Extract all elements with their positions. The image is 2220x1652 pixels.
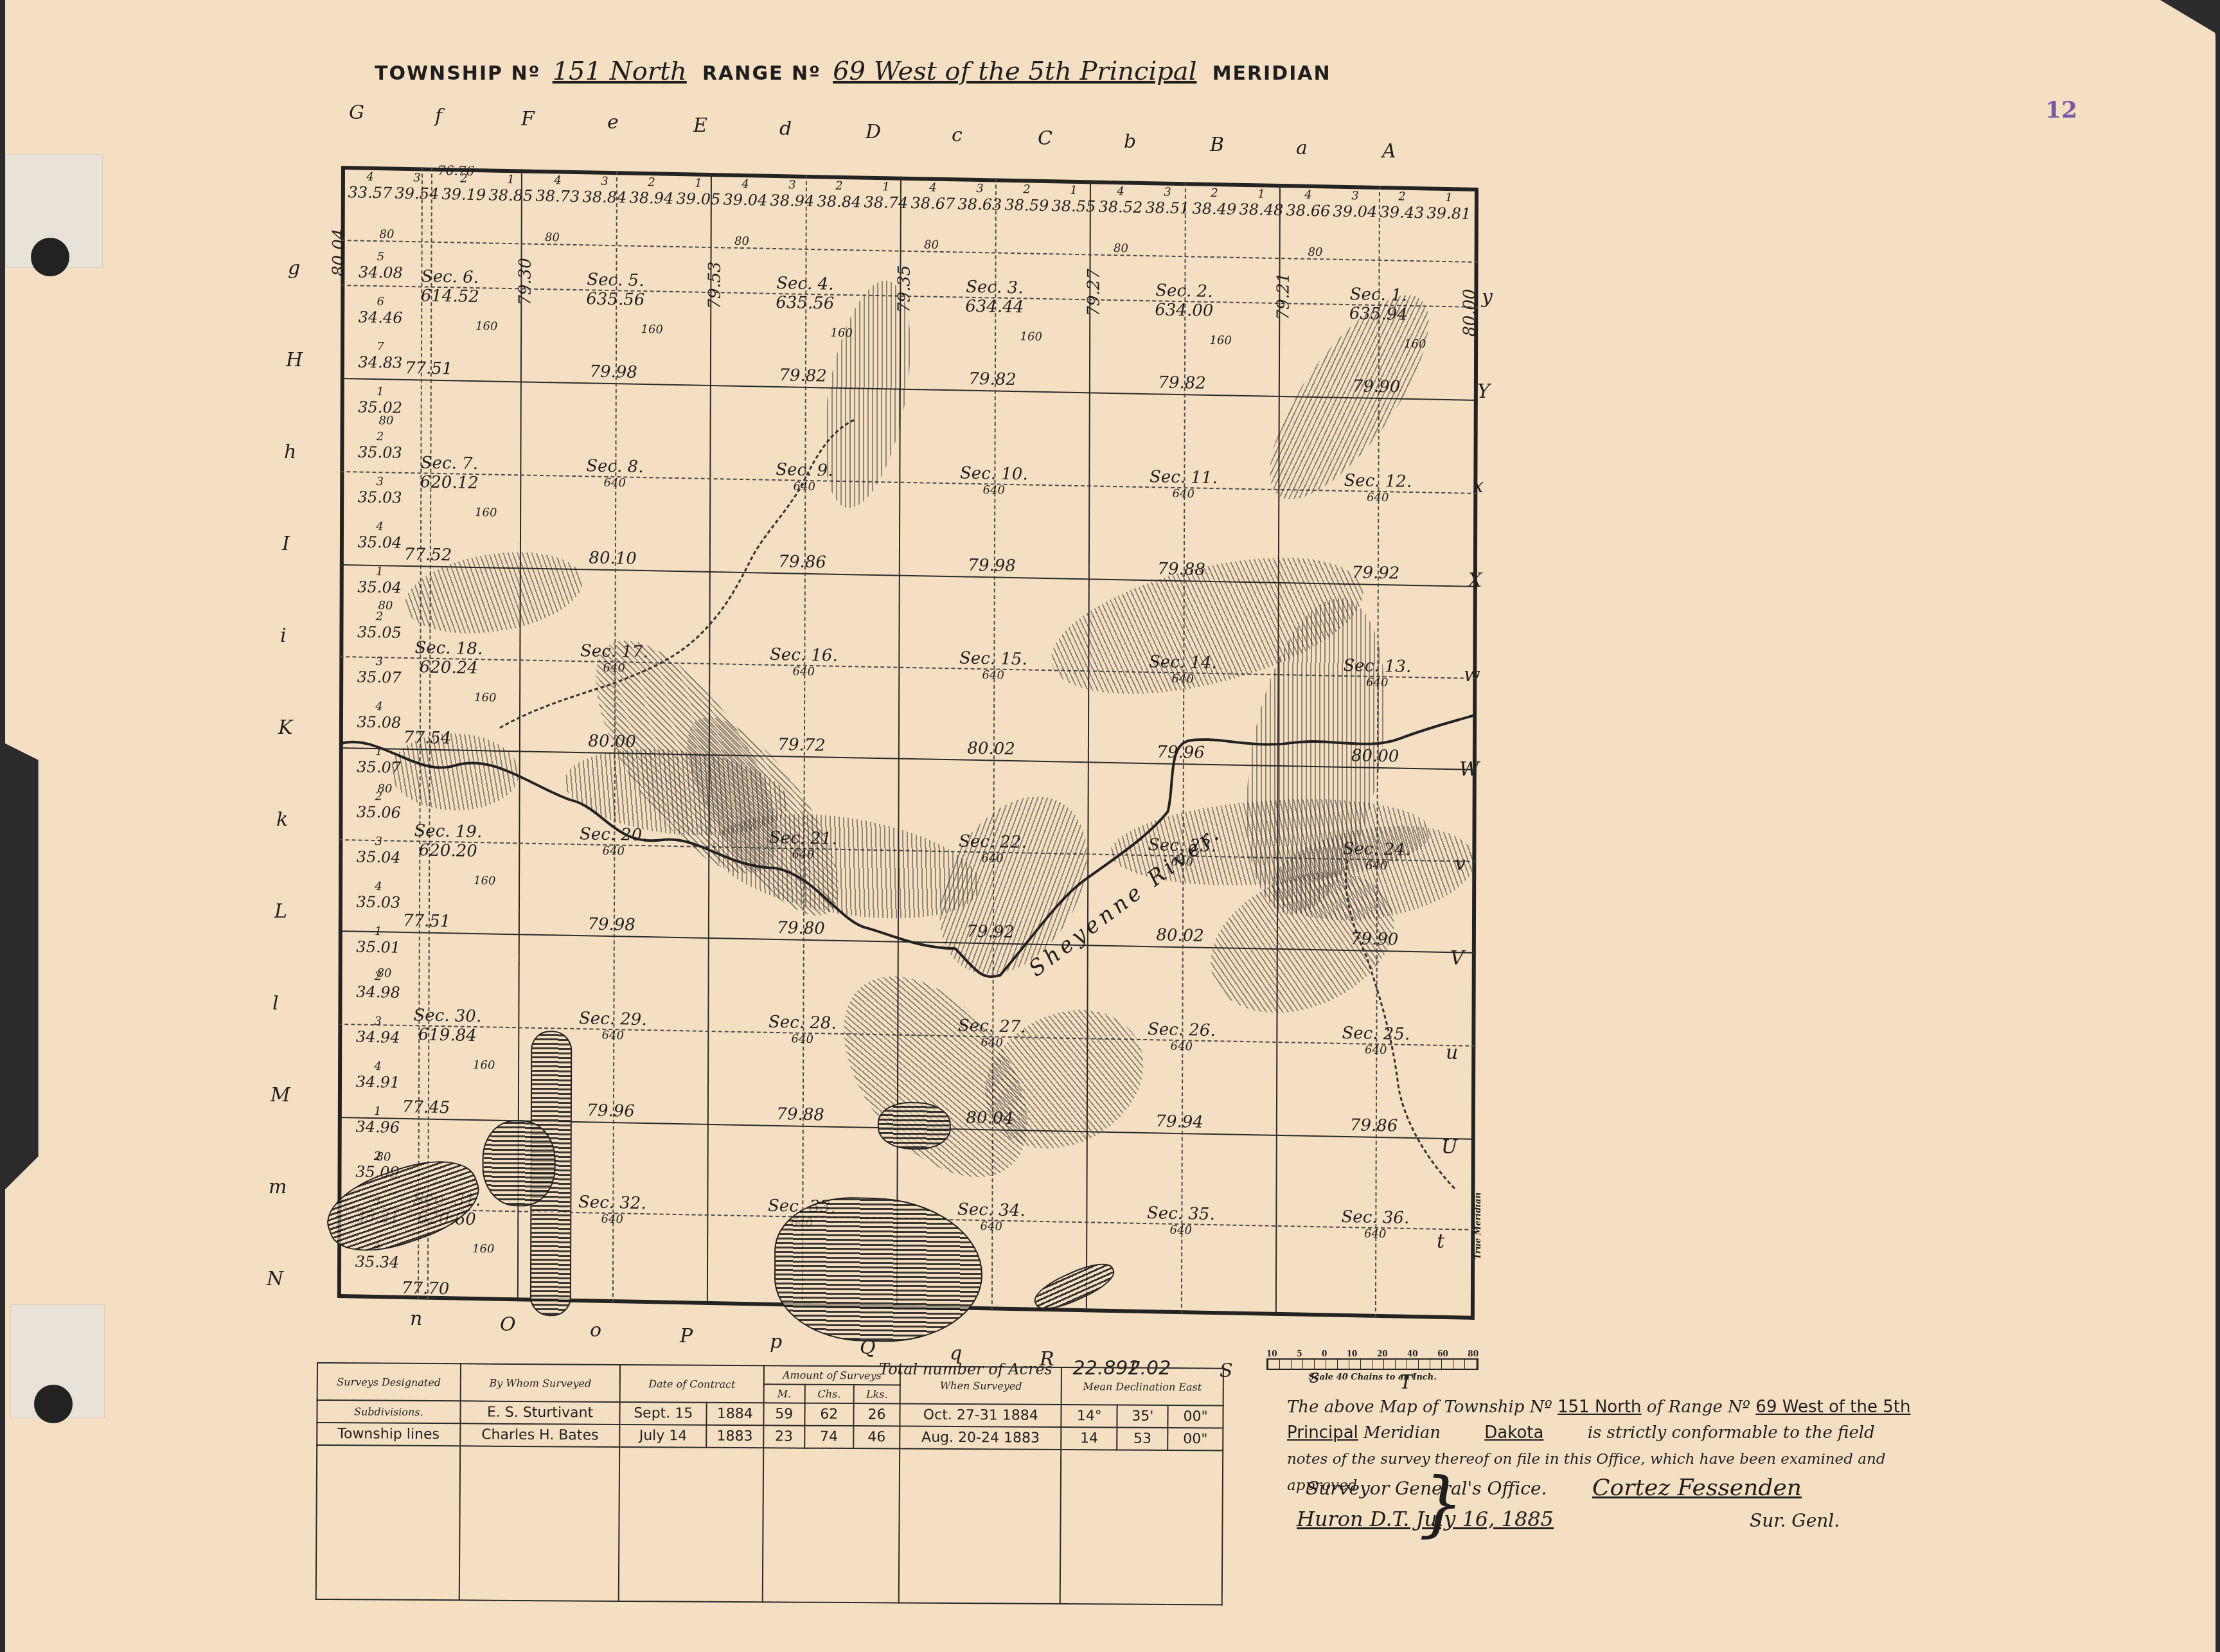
edge-letter-top: B: [1210, 134, 1224, 156]
cell-surveyor: E. S. Sturtivant: [460, 1401, 620, 1425]
cell-contract-date: July 14: [620, 1425, 707, 1448]
edge-letter-top: C: [1038, 127, 1052, 150]
cell-contract-year: 1883: [706, 1425, 763, 1448]
signature: Cortez Fessenden: [1592, 1475, 1802, 1501]
edge-letter-top: e: [607, 111, 619, 134]
page-number-stamp: 12: [2045, 96, 2077, 123]
cert-line1-mid: of Range Nº: [1647, 1398, 1750, 1417]
cell-contract-year: 1884: [706, 1403, 763, 1426]
edge-letter-left: l: [272, 992, 279, 1015]
edge-letter-top: G: [349, 102, 364, 124]
marsh-sec32: [482, 1119, 555, 1207]
cell-links: 46: [853, 1426, 900, 1448]
edge-letter-bottom: P: [680, 1325, 693, 1347]
scale-tick: 0: [1322, 1349, 1327, 1358]
cert-line2-mid: Meridian: [1363, 1423, 1441, 1443]
edge-letter-right: y: [1482, 286, 1493, 308]
cell-decl-min: 35': [1117, 1405, 1168, 1428]
header-surveys-designated: Surveys Designated: [317, 1363, 461, 1401]
edge-letter-top: f: [435, 105, 442, 127]
header-declination: Mean Declination East: [1061, 1367, 1223, 1406]
page-title: TOWNSHIP Nº 151 North RANGE Nº 69 West o…: [375, 57, 1331, 86]
scale-tick: 10: [1266, 1349, 1277, 1358]
header-by-whom: By Whom Surveyed: [460, 1363, 620, 1402]
edge-letter-bottom: p: [770, 1331, 782, 1353]
scale-tick: 40: [1407, 1349, 1418, 1358]
cell-contract-date: Sept. 15: [620, 1402, 707, 1425]
cell-miles: 59: [763, 1403, 804, 1425]
edge-letter-top: A: [1382, 140, 1396, 163]
cert-line2-post: is strictly conformable to the field: [1588, 1423, 1875, 1443]
cell-decl-deg: 14: [1061, 1427, 1117, 1450]
range-value: 69 West of the 5th Principal: [833, 57, 1196, 86]
scale-tick: 5: [1297, 1349, 1302, 1358]
township-value: 151 North: [553, 57, 687, 86]
cert-line2-pre: Principal: [1287, 1423, 1358, 1443]
scale-tick: 60: [1437, 1349, 1448, 1358]
edge-letter-left: K: [278, 716, 292, 739]
edge-letter-left: I: [282, 533, 290, 555]
header-date-contract: Date of Contract: [620, 1365, 764, 1403]
meridian-label: MERIDIAN: [1212, 62, 1331, 85]
true-meridian-label: True Meridian: [1473, 1193, 1483, 1259]
edge-letter-bottom: n: [410, 1308, 422, 1330]
binding-hole-top: [31, 238, 69, 276]
survey-table: Surveys Designated By Whom Surveyed Date…: [315, 1362, 1224, 1606]
edge-letter-left: k: [276, 808, 288, 831]
scale-tick: 20: [1377, 1349, 1388, 1358]
edge-letter-bottom: o: [590, 1319, 601, 1342]
edge-letter-left: g: [288, 257, 300, 280]
cert-township: 151 North: [1558, 1398, 1642, 1417]
map-sheet: TOWNSHIP Nº 151 North RANGE Nº 69 West o…: [5, 0, 2216, 1652]
edge-letter-left: M: [271, 1084, 290, 1106]
scale-bar: 10501020406080 Scale 40 Chains to an Inc…: [1266, 1349, 1479, 1382]
township-label: TOWNSHIP Nº: [375, 62, 541, 85]
edge-letter-left: H: [286, 349, 303, 371]
cell-when-surveyed: Oct. 27-31 1884: [900, 1404, 1061, 1428]
edge-letter-top: F: [521, 108, 535, 130]
cell-chains: 74: [804, 1426, 853, 1448]
edge-letter-left: L: [274, 900, 287, 923]
cell-chains: 62: [804, 1403, 853, 1426]
cell-designated: Subdivisions.: [317, 1400, 460, 1423]
edge-letter-top: d: [779, 118, 792, 140]
edge-letter-left: h: [284, 441, 296, 463]
edge-letter-left: N: [267, 1268, 283, 1290]
cert-range: 69 West of the 5th: [1755, 1398, 1910, 1417]
cell-designated: Township lines: [317, 1423, 460, 1446]
header-miles: M.: [763, 1384, 804, 1403]
scale-tick: 10: [1347, 1349, 1358, 1358]
cell-surveyor: Charles H. Bates: [460, 1423, 620, 1447]
cell-decl-deg: 14°: [1061, 1405, 1117, 1428]
header-amount: Amount of Surveys: [763, 1365, 900, 1385]
cell-when-surveyed: Aug. 20-24 1883: [900, 1426, 1061, 1450]
scale-ticks: 10501020406080: [1266, 1349, 1479, 1358]
edge-letter-top: D: [866, 121, 881, 143]
brace: }: [1419, 1468, 1464, 1539]
cell-links: 26: [853, 1403, 900, 1426]
edge-letter-left: i: [280, 625, 287, 647]
edge-letter-bottom: O: [500, 1313, 516, 1336]
cert-line1-pre: The above Map of Township Nº: [1287, 1398, 1552, 1417]
edge-letter-left: m: [269, 1176, 287, 1198]
edge-letter-right: Y: [1477, 380, 1490, 403]
binding-hole-bottom: [34, 1385, 73, 1423]
header-when: When Surveyed: [900, 1367, 1061, 1405]
cert-territory: Dakota: [1446, 1423, 1582, 1443]
scale-tick: 80: [1468, 1349, 1479, 1358]
header-chains: Chs.: [804, 1385, 853, 1403]
range-label: RANGE Nº: [702, 62, 821, 85]
signature-title: Sur. Genl.: [1750, 1510, 1840, 1531]
cell-decl-sec: 00": [1168, 1428, 1223, 1451]
cell-decl-sec: 00": [1168, 1405, 1223, 1428]
township-plat: 433.57339.54239.19138.85438.73338.84238.…: [337, 166, 1479, 1320]
edge-letter-top: b: [1124, 130, 1136, 153]
edge-letter-top: c: [952, 124, 963, 147]
cell-decl-min: 53: [1117, 1428, 1168, 1450]
table-row-empty: [316, 1445, 1223, 1605]
marsh-sec27: [878, 1101, 951, 1150]
scale-bar-graphic: [1266, 1358, 1479, 1370]
edge-letter-top: a: [1296, 137, 1308, 159]
header-links: Lks.: [853, 1385, 900, 1403]
edge-letter-top: E: [693, 114, 707, 137]
scale-caption: Scale 40 Chains to an Inch.: [1266, 1372, 1479, 1382]
cell-miles: 23: [763, 1425, 804, 1448]
